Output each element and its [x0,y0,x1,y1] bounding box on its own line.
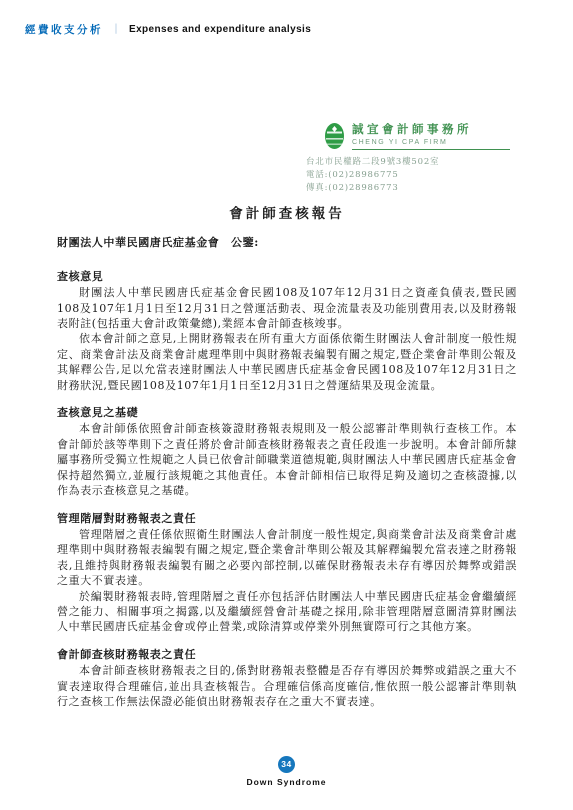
paragraph: 本會計師查核財務報表之目的,係對財務報表整體是否存有導因於舞弊或錯誤之重大不實表… [57,663,517,709]
green-seal-icon [324,121,345,150]
firm-fax: 傳真:(02)28986773 [306,182,536,195]
footer-label: Down Syndrome [0,777,573,787]
section-heading: 查核意見之基礎 [57,405,517,420]
page-footer: 34 Down Syndrome [0,752,573,787]
paragraph: 財團法人中華民國唐氏症基金會民國108及107年12月31日之資產負債表,暨民國… [57,285,517,331]
firm-contact: 台北市民權路二段9號3樓502室 電話:(02)28986775 傳真:(02)… [306,156,536,195]
section-heading: 會計師查核財務報表之責任 [57,647,517,662]
paragraph: 於編製財務報表時,管理階層之責任亦包括評估財團法人中華民國唐氏症基金會繼續經營之… [57,589,517,635]
firm-name-zh: 誠宜會計師事務所 [352,121,510,137]
audit-report: 會計師查核報告 財團法人中華民國唐氏症基金會 公鑒: 查核意見 財團法人中華民國… [57,207,517,721]
section-audit-opinion: 查核意見 財團法人中華民國唐氏症基金會民國108及107年12月31日之資產負債… [57,269,517,393]
paragraph: 本會計師係依照會計師查核簽證財務報表規則及一般公認審計準則執行查核工作。本會計師… [57,421,517,498]
paragraph: 依本會計師之意見,上開財務報表在所有重大方面係依衛生財團法人會計制度一般性規定、… [57,331,517,393]
section-header-en: Expenses and expenditure analysis [129,24,311,35]
firm-name-en: CHENG YI CPA FIRM [352,139,510,146]
firm-address: 台北市民權路二段9號3樓502室 [306,156,536,169]
section-management-responsibility: 管理階層對財務報表之責任 管理階層之責任係依照衛生財團法人會計制度一般性規定,與… [57,511,517,635]
letterhead: 誠宜會計師事務所 CHENG YI CPA FIRM 台北市民權路二段9號3樓5… [306,121,536,195]
page-number-badge: 34 [278,756,295,773]
paragraph: 管理階層之責任係依照衛生財團法人會計制度一般性規定,與商業會計法及商業會計處理準… [57,527,517,589]
header-divider: ︱ [110,20,122,37]
report-addressee: 財團法人中華民國唐氏症基金會 公鑒: [57,235,517,250]
report-title: 會計師查核報告 [57,207,517,222]
section-header: 經費收支分析 ︱ Expenses and expenditure analys… [25,21,311,38]
section-heading: 查核意見 [57,269,517,284]
firm-name-block: 誠宜會計師事務所 CHENG YI CPA FIRM [352,121,510,150]
section-header-zh: 經費收支分析 [25,22,103,37]
section-heading: 管理階層對財務報表之責任 [57,511,517,526]
section-auditor-responsibility: 會計師查核財務報表之責任 本會計師查核財務報表之目的,係對財務報表整體是否存有導… [57,647,517,710]
section-basis-for-opinion: 查核意見之基礎 本會計師係依照會計師查核簽證財務報表規則及一般公認審計準則執行查… [57,405,517,498]
firm-phone: 電話:(02)28986775 [306,169,536,182]
